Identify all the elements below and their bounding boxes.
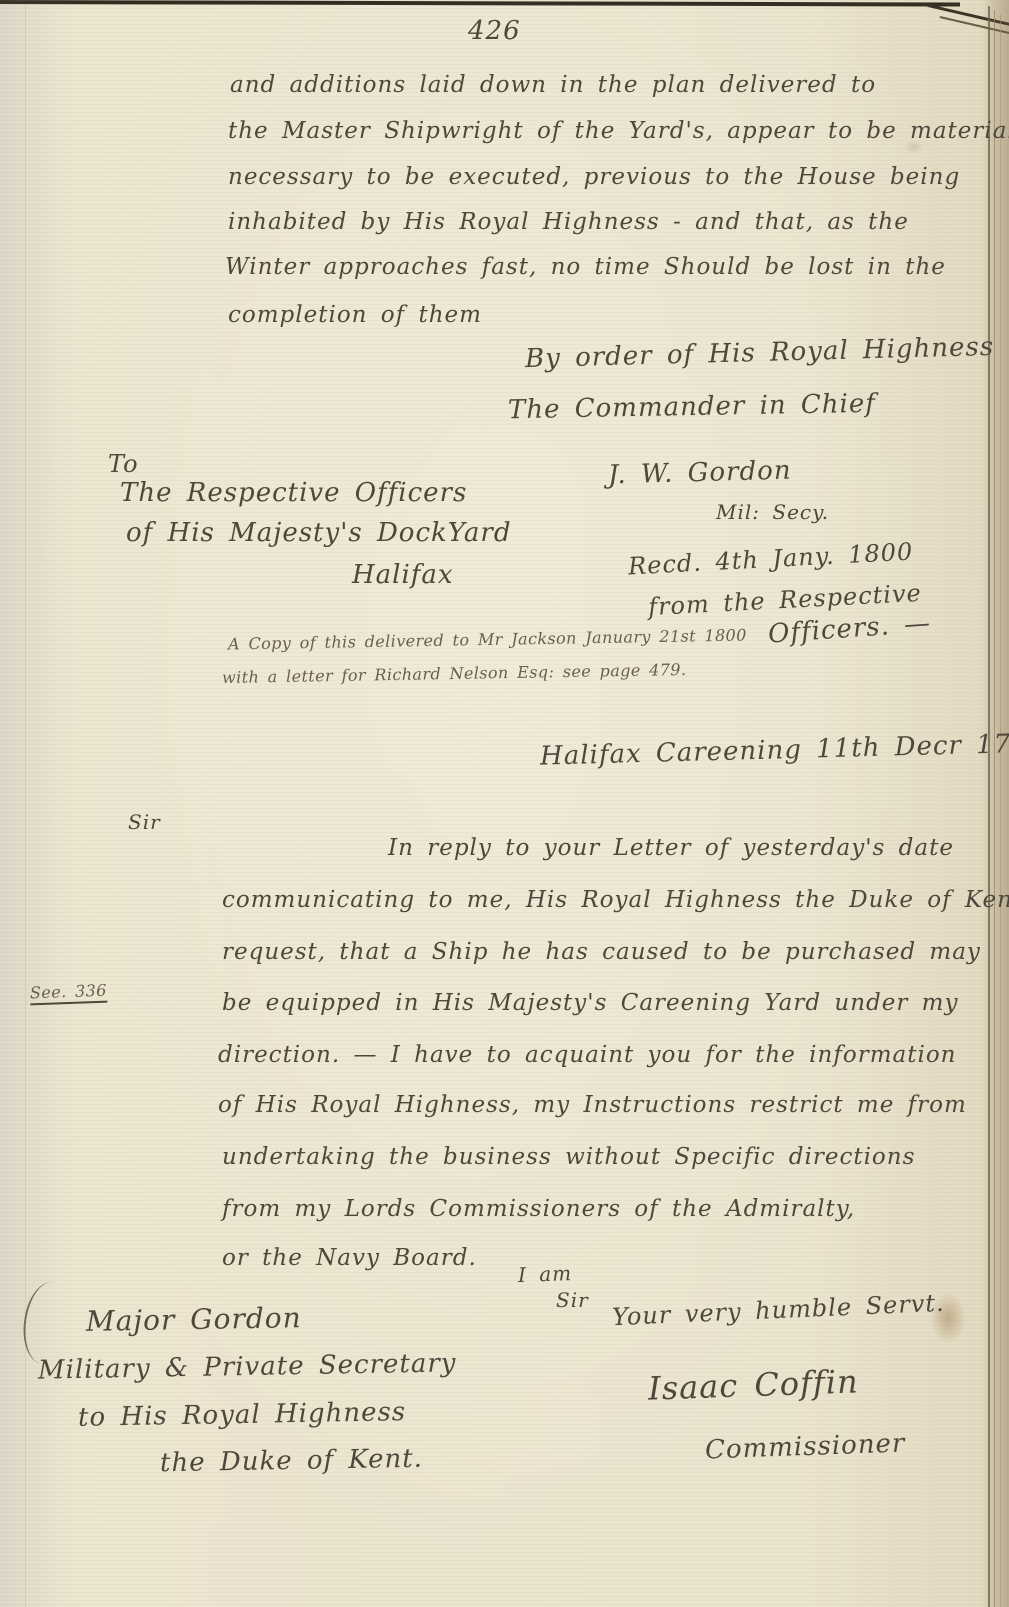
by-order-line: By order of His Royal Highness xyxy=(525,332,995,374)
letter-body-line: from my Lords Commissioners of the Admir… xyxy=(222,1196,855,1222)
footer-addressee-name: Major Gordon xyxy=(86,1301,302,1338)
letter-body-line: the Master Shipwright of the Yard's, app… xyxy=(228,118,1009,144)
page-number: 426 xyxy=(468,16,521,46)
valediction: Your very humble Servt. xyxy=(612,1289,946,1331)
letter-body-line: Winter approaches fast, no time Should b… xyxy=(225,254,946,280)
footer-addressee-line: to His Royal Highness xyxy=(78,1397,407,1433)
book-gutter-shading xyxy=(983,0,1009,1607)
received-note-line: Recd. 4th Jany. 1800 xyxy=(627,538,914,581)
commander-line: The Commander in Chief xyxy=(508,389,876,425)
page-stack-edge-line xyxy=(988,6,990,1607)
footer-addressee-line: the Duke of Kent. xyxy=(160,1444,423,1479)
page-stack-edge-line xyxy=(994,10,995,1607)
received-note-line: Officers. — xyxy=(767,608,932,649)
secretary-signature: J. W. Gordon xyxy=(608,456,792,491)
letter-body-line: or the Navy Board. xyxy=(222,1245,477,1271)
dateline: Halifax Careening 11th Decr 1799 xyxy=(540,728,1009,771)
secretary-title: Mil: Secy. xyxy=(716,500,829,524)
letter-body-line: be equipped in His Majesty's Careening Y… xyxy=(222,990,958,1016)
letter-body-line: necessary to be executed, previous to th… xyxy=(228,164,960,190)
copy-note-line: with a letter for Richard Nelson Esq: se… xyxy=(222,660,687,687)
letter-body-line: and additions laid down in the plan deli… xyxy=(230,72,876,98)
addressee-line: The Respective Officers xyxy=(120,478,467,508)
letter-body-line: inhabited by His Royal Highness - and th… xyxy=(228,209,909,235)
letter-body-line: communicating to me, His Royal Highness … xyxy=(222,887,1009,913)
left-crease-line xyxy=(25,0,26,1607)
closing-i-am: I am xyxy=(518,1261,573,1287)
salutation: Sir xyxy=(128,810,161,834)
letter-body-line: of His Royal Highness, my Instructions r… xyxy=(218,1092,967,1118)
manuscript-page: 426 and additions laid down in the plan … xyxy=(0,0,1009,1607)
letter-body-line: In reply to your Letter of yesterday's d… xyxy=(388,835,954,861)
page-top-edge xyxy=(0,0,960,7)
letter-body-line: request, that a Ship he has caused to be… xyxy=(222,939,981,965)
copy-note-line: A Copy of this delivered to Mr Jackson J… xyxy=(228,625,747,653)
addressee-place: Halifax xyxy=(352,560,454,590)
letter-body-line: undertaking the business without Specifi… xyxy=(222,1144,915,1170)
commissioner-signature: Isaac Coffin xyxy=(647,1362,859,1407)
page-stack-edge-line xyxy=(1000,14,1001,1607)
closing-sir: Sir xyxy=(556,1288,589,1312)
letter-body-line: direction. — I have to acquaint you for … xyxy=(218,1042,956,1068)
footer-addressee-line: Military & Private Secretary xyxy=(38,1348,457,1385)
commissioner-title: Commissioner xyxy=(705,1429,906,1466)
addressee-line: of His Majesty's DockYard xyxy=(126,518,511,548)
letter-body-line: completion of them xyxy=(228,302,482,328)
margin-reference-note: See. 336 xyxy=(30,981,108,1006)
addressee-to: To xyxy=(108,450,139,478)
